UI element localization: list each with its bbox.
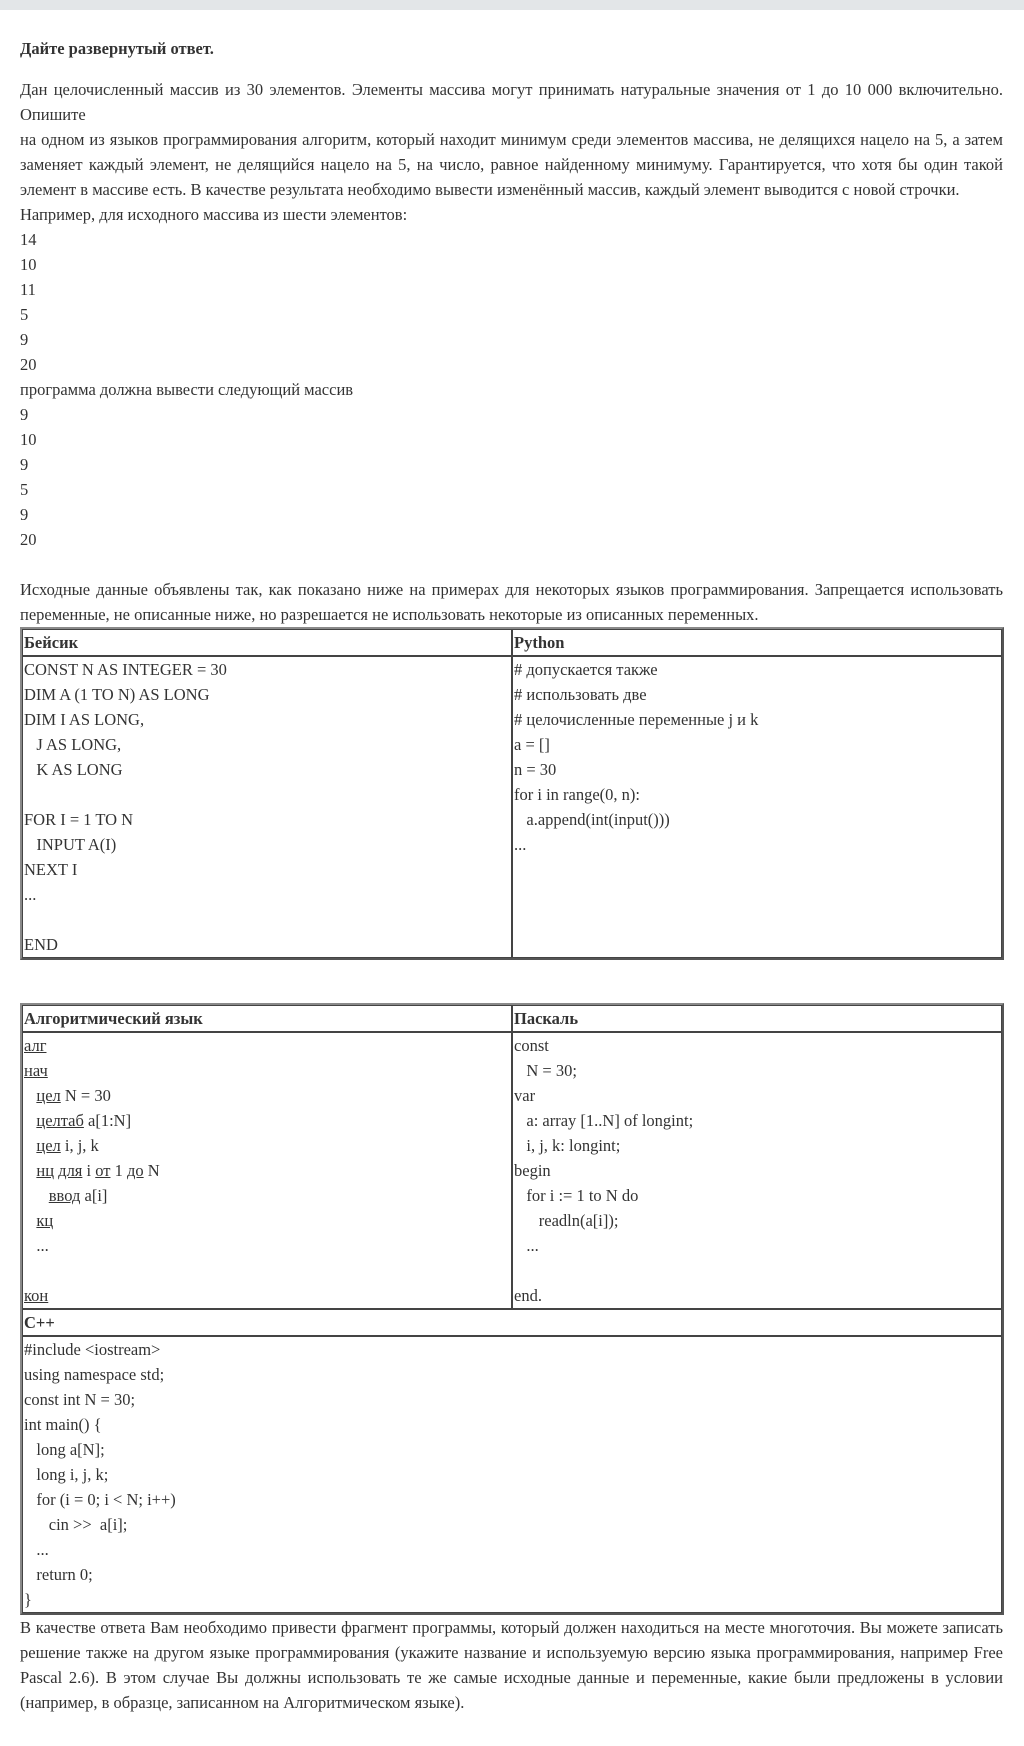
code-text — [24, 1111, 36, 1130]
example-output-value: 20 — [20, 527, 1003, 552]
example-output-value: 9 — [20, 502, 1003, 527]
code-line: алг — [24, 1033, 510, 1058]
keyword: нц — [36, 1161, 54, 1180]
code-text: 1 — [110, 1161, 127, 1180]
code-line: for (i = 0; i < N; i++) — [24, 1487, 1000, 1512]
code-text — [24, 1136, 36, 1155]
code-line: N = 30; — [514, 1058, 1000, 1083]
code-line: begin — [514, 1158, 1000, 1183]
example-input-value: 11 — [20, 277, 1003, 302]
code-line: a: array [1..N] of longint; — [514, 1108, 1000, 1133]
code-line: целтаб a[1:N] — [24, 1108, 510, 1133]
pascal-header: Паскаль — [512, 1005, 1002, 1032]
cpp-header: C++ — [22, 1309, 1002, 1336]
example-output-list: 91095920 — [20, 402, 1003, 552]
code-text — [24, 1086, 36, 1105]
code-line: ... — [514, 832, 1000, 857]
code-line: K AS LONG — [24, 757, 510, 782]
task-intro-line1: Дан целочисленный массив из 30 элементов… — [20, 77, 1003, 127]
code-line: DIM I AS LONG, — [24, 707, 510, 732]
spacer — [20, 552, 1003, 577]
example-input-value: 14 — [20, 227, 1003, 252]
code-line — [24, 782, 510, 807]
code-line: var — [514, 1083, 1000, 1108]
keyword: цел — [36, 1086, 60, 1105]
code-line — [514, 1258, 1000, 1283]
python-header: Python — [512, 629, 1002, 656]
keyword: целтаб — [36, 1111, 84, 1130]
code-text: a[1:N] — [84, 1111, 131, 1130]
code-line: нач — [24, 1058, 510, 1083]
code-line: const int N = 30; — [24, 1387, 1000, 1412]
spacer — [20, 960, 1003, 1003]
keyword: кон — [24, 1286, 48, 1305]
code-line: цел N = 30 — [24, 1083, 510, 1108]
code-line — [24, 1258, 510, 1283]
code-line: const — [514, 1033, 1000, 1058]
code-line: ... — [24, 882, 510, 907]
pascal-code-cell: const N = 30;var a: array [1..N] of long… — [512, 1032, 1002, 1309]
code-line: i, j, k: longint; — [514, 1133, 1000, 1158]
code-line: return 0; — [24, 1562, 1000, 1587]
code-line: END — [24, 932, 510, 957]
code-line: a = [] — [514, 732, 1000, 757]
example-input-value: 9 — [20, 327, 1003, 352]
code-line: using namespace std; — [24, 1362, 1000, 1387]
declarations-note: Исходные данные объявлены так, как показ… — [20, 577, 1003, 627]
code-text: i, j, k — [61, 1136, 99, 1155]
code-line: J AS LONG, — [24, 732, 510, 757]
cpp-code-cell: #include <iostream>using namespace std;c… — [22, 1336, 1002, 1613]
example-input-value: 20 — [20, 352, 1003, 377]
code-text: i — [82, 1161, 95, 1180]
task-content: Дайте развернутый ответ. Дан целочисленн… — [0, 10, 1024, 1715]
task-intro-line2: на одном из языков программирования алго… — [20, 127, 1003, 202]
code-line: for i := 1 to N do — [514, 1183, 1000, 1208]
keyword: до — [127, 1161, 144, 1180]
keyword: кц — [36, 1211, 53, 1230]
code-text: a[i] — [80, 1186, 107, 1205]
code-line: end. — [514, 1283, 1000, 1308]
code-text — [24, 1161, 36, 1180]
code-line: n = 30 — [514, 757, 1000, 782]
code-line: for i in range(0, n): — [514, 782, 1000, 807]
code-line: FOR I = 1 TO N — [24, 807, 510, 832]
code-line: ... — [24, 1537, 1000, 1562]
code-line — [24, 907, 510, 932]
code-line: INPUT A(I) — [24, 832, 510, 857]
keyword: алг — [24, 1036, 46, 1055]
code-line: NEXT I — [24, 857, 510, 882]
code-text: ... — [24, 1236, 49, 1255]
example-input-list: 1410115920 — [20, 227, 1003, 377]
code-line: long i, j, k; — [24, 1462, 1000, 1487]
example-output-value: 9 — [20, 402, 1003, 427]
code-line: readln(a[i]); — [514, 1208, 1000, 1233]
code-line: кон — [24, 1283, 510, 1308]
code-line: # допускается также — [514, 657, 1000, 682]
code-line: cin >> a[i]; — [24, 1512, 1000, 1537]
code-line: ввод a[i] — [24, 1183, 510, 1208]
example-output-value: 9 — [20, 452, 1003, 477]
code-text — [24, 1186, 49, 1205]
code-line: ... — [24, 1233, 510, 1258]
code-line: # использовать две — [514, 682, 1000, 707]
code-line: # целочисленные переменные j и k — [514, 707, 1000, 732]
keyword: для — [58, 1161, 82, 1180]
keyword: ввод — [49, 1186, 81, 1205]
code-line: нц для i от 1 до N — [24, 1158, 510, 1183]
example-input-value: 10 — [20, 252, 1003, 277]
code-line: #include <iostream> — [24, 1337, 1000, 1362]
code-line: long a[N]; — [24, 1437, 1000, 1462]
code-text — [24, 1211, 36, 1230]
code-line: int main() { — [24, 1412, 1000, 1437]
code-line: ... — [514, 1233, 1000, 1258]
code-line: a.append(int(input())) — [514, 807, 1000, 832]
example-input-value: 5 — [20, 302, 1003, 327]
algo-code-cell: алгнач цел N = 30 целтаб a[1:N] цел i, j… — [22, 1032, 512, 1309]
task-title: Дайте развернутый ответ. — [20, 36, 1003, 61]
example-output-intro: программа должна вывести следующий масси… — [20, 377, 1003, 402]
algo-header: Алгоритмический язык — [22, 1005, 512, 1032]
code-line: DIM A (1 TO N) AS LONG — [24, 682, 510, 707]
example-output-value: 10 — [20, 427, 1003, 452]
code-line: кц — [24, 1208, 510, 1233]
final-note: В качестве ответа Вам необходимо привест… — [20, 1615, 1003, 1715]
keyword: нач — [24, 1061, 48, 1080]
code-line: } — [24, 1587, 1000, 1612]
basic-header: Бейсик — [22, 629, 512, 656]
top-bar — [0, 0, 1024, 10]
example-output-value: 5 — [20, 477, 1003, 502]
keyword: цел — [36, 1136, 60, 1155]
basic-code-cell: CONST N AS INTEGER = 30DIM A (1 TO N) AS… — [22, 656, 512, 958]
code-table-basic-python: Бейсик Python CONST N AS INTEGER = 30DIM… — [20, 627, 1004, 960]
example-intro: Например, для исходного массива из шести… — [20, 202, 1003, 227]
code-table-algo-pascal-cpp: Алгоритмический язык Паскаль алгнач цел … — [20, 1003, 1004, 1615]
code-text: N — [144, 1161, 160, 1180]
code-line: CONST N AS INTEGER = 30 — [24, 657, 510, 682]
code-text: N = 30 — [61, 1086, 111, 1105]
python-code-cell: # допускается также# использовать две# ц… — [512, 656, 1002, 958]
code-line: цел i, j, k — [24, 1133, 510, 1158]
keyword: от — [95, 1161, 110, 1180]
